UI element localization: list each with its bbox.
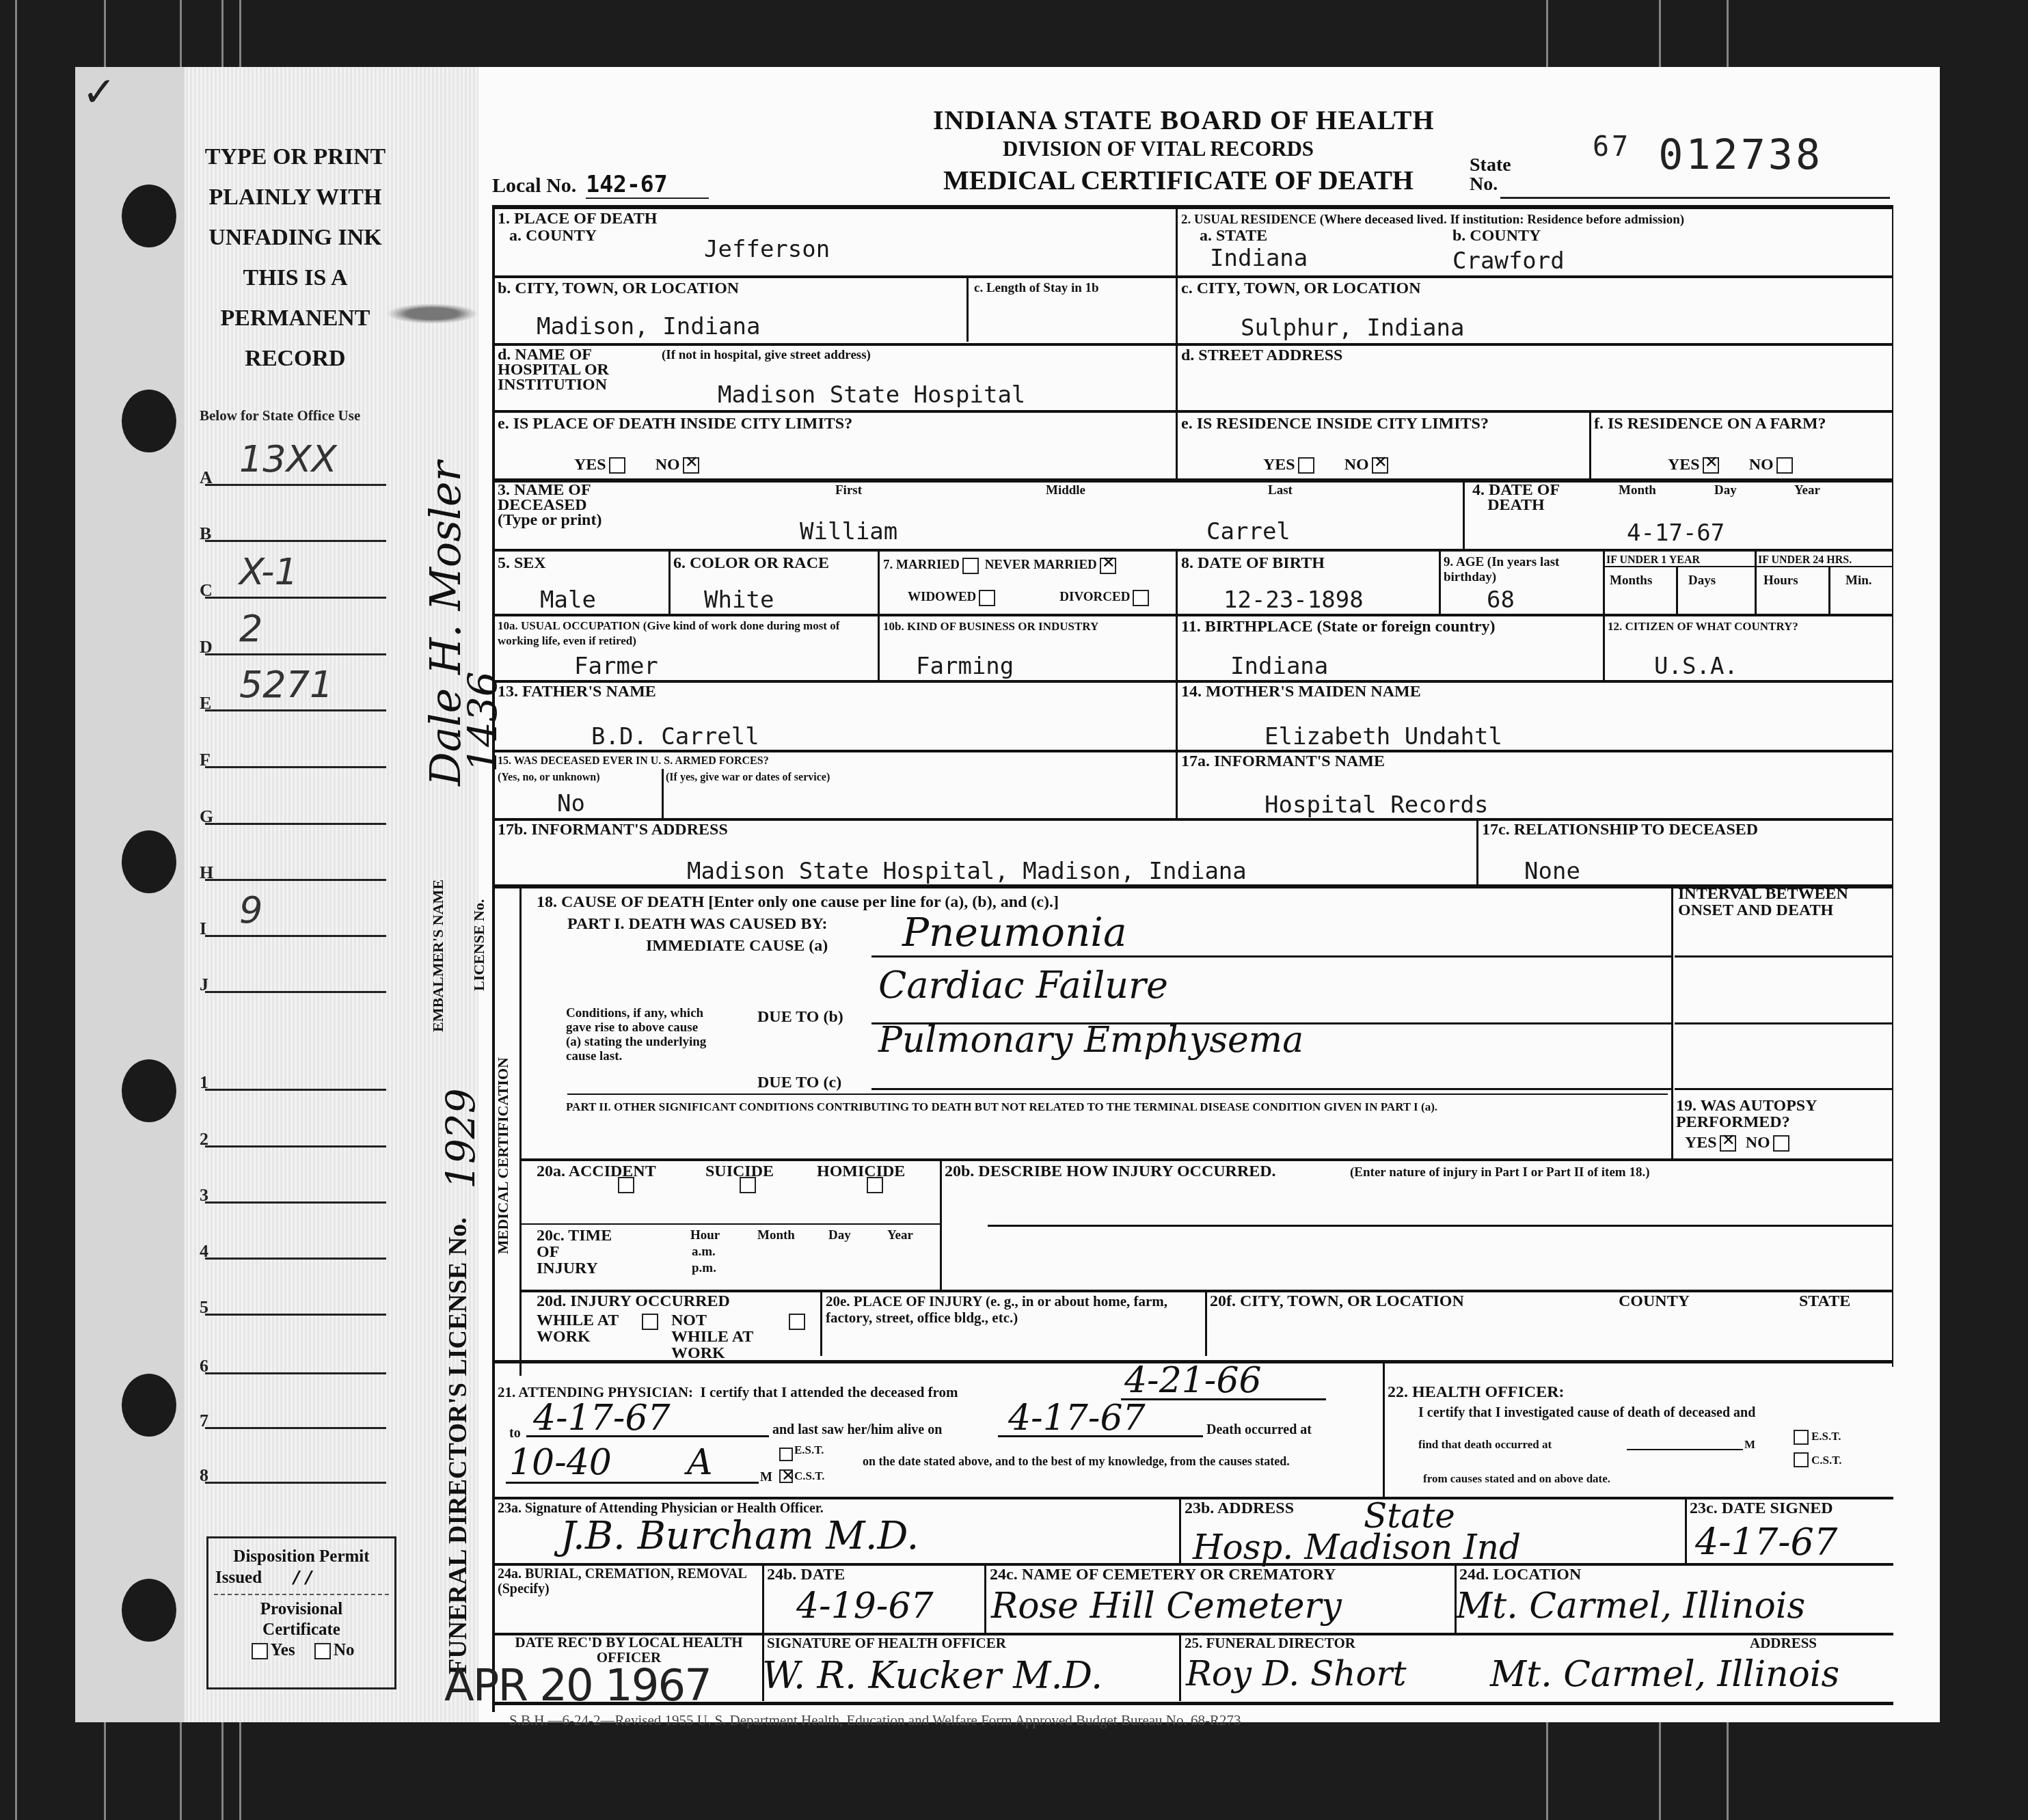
burial-date-label: 24b. DATE — [767, 1566, 845, 1583]
due-to-b-label: DUE TO (b) — [757, 1009, 843, 1025]
never-married-label: NEVER MARRIED — [985, 558, 1097, 572]
form-rule — [1676, 567, 1678, 615]
father-name-value: B.D. Carrell — [591, 723, 759, 750]
state-code-line — [205, 935, 386, 937]
no-label: NO — [1749, 456, 1774, 474]
yes-label: YES — [574, 456, 606, 474]
state-no-prefix: 67 — [1593, 131, 1631, 163]
death-inside-limits-yes-checkbox[interactable] — [609, 457, 625, 474]
date-of-death-value: 4-17-67 — [1627, 519, 1725, 547]
occupation-value: Farmer — [574, 653, 658, 680]
funeral-director-license-value: 1929 — [437, 1088, 484, 1189]
informant-address-value: Madison State Hospital, Madison, Indiana — [687, 858, 1247, 885]
board-title: INDIANA STATE BOARD OF HEALTH — [933, 104, 1435, 136]
form-rule — [1179, 1633, 1181, 1701]
provisional-no-checkbox[interactable] — [314, 1643, 331, 1659]
hospital-label: d. NAME OF HOSPITAL OR INSTITUTION — [498, 347, 662, 392]
residence-city-label: c. CITY, TOWN, OR LOCATION — [1181, 280, 1421, 297]
cemetery-label: 24c. NAME OF CEMETERY OR CREMATORY — [990, 1566, 1336, 1583]
no-label: No. — [1470, 175, 1511, 194]
due-to-b-value: Cardiac Failure — [878, 964, 1168, 1007]
last-name-label: Last — [1268, 483, 1293, 499]
license-no-label: LICENSE No. — [470, 899, 488, 991]
form-rule — [492, 614, 1893, 616]
deceased-name-label: 3. NAME OF DECEASED (Type or print) — [498, 483, 621, 528]
state-code-line — [205, 991, 386, 993]
age-label: 9. AGE (In years last birthday) — [1444, 555, 1601, 585]
state-office-use-label: Below for State Office Use — [200, 407, 360, 424]
embalmer-name-label: EMBALMER'S NAME — [429, 880, 447, 1032]
age-value: 68 — [1487, 586, 1515, 614]
state-code-line — [205, 1314, 386, 1316]
form-border — [492, 205, 495, 1712]
physician-signature-value: J.B. Burcham M.D. — [560, 1514, 919, 1558]
death-city-value: Madison, Indiana — [537, 313, 761, 340]
form-rule — [492, 549, 1893, 552]
paper-clip-icon — [386, 303, 478, 324]
immediate-cause-label: IMMEDIATE CAUSE (a) — [646, 938, 828, 954]
residence-city-value: Sulphur, Indiana — [1241, 314, 1465, 342]
state-code-value: X-1 — [239, 550, 298, 593]
part1-label: PART I. DEATH WAS CAUSED BY: — [567, 916, 828, 932]
describe-injury-note: (Enter nature of injury in Part I or Par… — [1350, 1165, 1650, 1181]
form-rule — [1828, 567, 1830, 615]
provisional-label: Provisional — [208, 1599, 394, 1620]
cst-checkbox[interactable] — [779, 1469, 793, 1483]
provisional-options: Yes No — [208, 1640, 394, 1661]
form-rule — [1179, 1498, 1181, 1563]
to-label: to — [509, 1425, 521, 1441]
pm-label: p.m. — [692, 1260, 716, 1277]
attended-from-value: 4-21-66 — [1124, 1360, 1262, 1401]
form-rule — [940, 1160, 942, 1290]
month-label: Month — [757, 1227, 795, 1244]
answer-line — [1675, 1022, 1892, 1024]
physician-address-value: State Hosp. Madison Ind — [1193, 1500, 1534, 1563]
residence-farm-options: YESNO — [1668, 457, 1796, 474]
certificate-title: MEDICAL CERTIFICATE OF DEATH — [943, 164, 1414, 196]
form-rule — [1671, 887, 1673, 1160]
death-occurred-label: Death occurred at — [1206, 1422, 1312, 1438]
part2-label: PART II. OTHER SIGNIFICANT CONDITIONS CO… — [566, 1099, 1437, 1115]
date-of-birth-value: 12-23-1898 — [1223, 586, 1364, 614]
answer-line — [1675, 955, 1892, 957]
punch-hole-icon — [122, 185, 176, 247]
time-of-death-ampm: A — [687, 1442, 713, 1483]
occupation-label: 10a. USUAL OCCUPATION (Give kind of work… — [498, 619, 874, 649]
injury-city-label: 20f. CITY, TOWN, OR LOCATION — [1210, 1293, 1464, 1309]
father-name-label: 13. FATHER'S NAME — [498, 683, 656, 700]
residence-county-label: b. COUNTY — [1452, 228, 1541, 244]
months-label: Months — [1610, 573, 1652, 589]
punch-hole-icon — [122, 1579, 176, 1642]
cemetery-value: Rose Hill Cemetery — [991, 1586, 1342, 1627]
state-code-value: 2 — [239, 607, 262, 650]
industry-value: Farming — [916, 653, 1014, 680]
state-code-line — [205, 484, 386, 486]
checkmark-icon: ✓ — [82, 68, 116, 116]
informant-address-label: 17b. INFORMANT'S ADDRESS — [498, 821, 728, 838]
informant-name-label: 17a. INFORMANT'S NAME — [1181, 753, 1385, 770]
health-officer-label: 22. HEALTH OFFICER: — [1388, 1384, 1564, 1400]
form-rule — [668, 550, 671, 615]
under-24-hrs-label: IF UNDER 24 HRS. — [1758, 552, 1852, 569]
last-saw-value: 4-17-67 — [1008, 1398, 1146, 1439]
married-checkbox[interactable] — [962, 558, 979, 574]
due-to-c-value: Pulmonary Emphysema — [878, 1020, 1303, 1061]
form-rule — [1383, 1363, 1385, 1497]
state-no-label: StateNo. — [1470, 156, 1511, 194]
date-signed-value: 4-17-67 — [1695, 1521, 1837, 1564]
m-label: M — [760, 1469, 772, 1486]
no-label: No — [334, 1641, 355, 1659]
residence-inside-limits-yes-checkbox[interactable] — [1298, 457, 1314, 474]
instruction-line: UNFADING INK — [193, 217, 398, 258]
state-code-line — [205, 1201, 386, 1204]
answer-line — [988, 1225, 1892, 1227]
answer-line — [998, 1435, 1203, 1437]
est-checkbox[interactable] — [779, 1448, 793, 1461]
answer-line — [506, 1482, 759, 1484]
place-of-death-label: 1. PLACE OF DEATH — [498, 210, 657, 227]
never-married-checkbox[interactable] — [1100, 558, 1116, 574]
disposition-permit-box: Disposition Permit Issued / / Provisiona… — [206, 1536, 396, 1689]
homicide-label: HOMICIDE — [817, 1163, 905, 1180]
first-name-value: William — [800, 518, 897, 545]
health-officer-cst-label: C.S.T. — [1811, 1452, 1842, 1469]
funeral-director-license-label: FUNERAL DIRECTOR'S LICENSE No. — [443, 1217, 473, 1674]
burial-date-value: 4-19-67 — [796, 1586, 934, 1627]
time-of-death-value: 10-40 — [509, 1442, 612, 1483]
state-code-line — [205, 1372, 386, 1374]
state-code-line — [205, 653, 386, 655]
cst-label: C.S.T. — [794, 1468, 825, 1484]
race-value: White — [704, 586, 774, 614]
residence-county-value: Crawford — [1452, 247, 1565, 275]
autopsy-options: YESNO — [1685, 1135, 1792, 1152]
death-county-value: Jefferson — [704, 236, 830, 263]
answer-line — [1627, 1449, 1743, 1450]
form-rule — [1589, 411, 1591, 478]
form-rule — [567, 1094, 1668, 1095]
state-code-line — [205, 1427, 386, 1429]
state-code-value: 5271 — [239, 663, 333, 706]
form-rule — [492, 343, 1893, 346]
burial-location-label: 24d. LOCATION — [1459, 1566, 1581, 1583]
form-rule — [1685, 1498, 1687, 1563]
race-label: 6. COLOR OR RACE — [673, 555, 829, 571]
attended-to-value: 4-17-67 — [533, 1398, 671, 1439]
yes-label: YES — [1668, 456, 1700, 474]
days-label: Days — [1688, 573, 1716, 589]
year-label: Year — [887, 1227, 913, 1244]
yes-label: Yes — [271, 1641, 295, 1659]
punch-hole-icon — [122, 830, 176, 893]
residence-inside-limits-options: YESNO — [1263, 457, 1391, 474]
form-rule — [492, 478, 1893, 483]
health-officer-signature-value: W. R. Kucker M.D. — [762, 1654, 1103, 1697]
health-officer-line1: I certify that I investigated cause of d… — [1418, 1404, 1755, 1421]
death-inside-limits-options: YESNO — [574, 457, 702, 474]
relationship-value: None — [1524, 858, 1580, 885]
last-name-value: Carrel — [1206, 518, 1290, 545]
hours-label: Hours — [1763, 573, 1798, 589]
answer-line — [871, 955, 1671, 957]
homicide-checkbox[interactable] — [867, 1177, 883, 1193]
residence-inside-limits-label: e. IS RESIDENCE INSIDE CITY LIMITS? — [1181, 416, 1489, 432]
burial-type-label: 24a. BURIAL, CREMATION, REMOVAL (Specify… — [498, 1566, 757, 1597]
answer-line — [871, 1088, 1671, 1090]
form-rule — [492, 205, 1893, 209]
state-code-line — [205, 1145, 386, 1147]
instruction-line: TYPE OR PRINT — [193, 137, 398, 177]
state-code-line — [205, 540, 386, 542]
health-officer-signature-label: SIGNATURE OF HEALTH OFFICER — [767, 1635, 1006, 1651]
instructions-block: TYPE OR PRINT PLAINLY WITH UNFADING INK … — [193, 137, 398, 379]
state-code-line — [205, 1482, 386, 1484]
birthplace-value: Indiana — [1230, 653, 1328, 680]
disposition-title: Disposition Permit — [208, 1547, 394, 1567]
answer-line — [526, 1435, 769, 1437]
armed-forces-sub1: (Yes, no, or unknown) — [498, 770, 600, 786]
accident-label: 20a. ACCIDENT — [537, 1163, 656, 1180]
industry-label: 10b. KIND OF BUSINESS OR INDUSTRY — [883, 619, 1098, 635]
due-to-c-label: DUE TO (c) — [757, 1074, 841, 1091]
burial-location-value: Mt. Carmel, Illinois — [1456, 1586, 1805, 1627]
describe-injury-label: 20b. DESCRIBE HOW INJURY OCCURRED. — [945, 1163, 1276, 1180]
funeral-director-address-label: ADDRESS — [1750, 1635, 1817, 1651]
date-of-death-label: 4. DATE OF DEATH — [1468, 483, 1564, 513]
while-at-work-checkbox[interactable] — [642, 1314, 658, 1330]
funeral-director-address-value: Mt. Carmel, Illinois — [1490, 1654, 1839, 1695]
street-address-label: d. STREET ADDRESS — [1181, 347, 1342, 364]
state-code-line — [205, 766, 386, 768]
state-label: State — [1470, 156, 1511, 175]
date-signed-label: 23c. DATE SIGNED — [1690, 1500, 1833, 1517]
form-rule — [966, 277, 969, 342]
injury-occurred-label: 20d. INJURY OCCURRED — [537, 1293, 730, 1309]
time-of-injury-label: 20c. TIME OF INJURY — [537, 1227, 619, 1277]
form-rule — [519, 1223, 940, 1225]
autopsy-yes-checkbox[interactable] — [1720, 1135, 1736, 1152]
place-of-injury-label: 20e. PLACE OF INJURY (e. g., in or about… — [826, 1293, 1202, 1326]
local-no-value: 142-67 — [586, 171, 708, 199]
form-border — [1892, 205, 1893, 1367]
marital-married-option: 7. MARRIED NEVER MARRIED — [883, 557, 1119, 574]
interval-label: INTERVAL BETWEEN ONSET AND DEATH — [1678, 886, 1890, 919]
informant-name-value: Hospital Records — [1265, 791, 1489, 819]
residence-farm-label: f. IS RESIDENCE ON A FARM? — [1594, 416, 1826, 432]
divorced-checkbox[interactable] — [1133, 590, 1149, 606]
form-rule — [820, 1291, 822, 1356]
certificate-label: Certificate — [208, 1620, 394, 1640]
citizen-label: 12. CITIZEN OF WHAT COUNTRY? — [1608, 619, 1798, 635]
relationship-label: 17c. RELATIONSHIP TO DECEASED — [1482, 821, 1758, 838]
form-rule — [492, 410, 1893, 413]
provisional-yes-checkbox[interactable] — [252, 1643, 268, 1659]
death-inside-limits-label: e. IS PLACE OF DEATH INSIDE CITY LIMITS? — [498, 416, 852, 432]
am-label: a.m. — [692, 1244, 716, 1260]
immediate-cause-value: Pneumonia — [902, 909, 1126, 955]
answer-line — [1675, 1088, 1892, 1090]
form-rule — [662, 769, 664, 818]
death-city-label: b. CITY, TOWN, OR LOCATION — [498, 280, 739, 297]
form-rule — [492, 275, 1893, 278]
day-label: Day — [828, 1227, 851, 1244]
hospital-value: Madison State Hospital — [718, 381, 1025, 409]
death-inside-limits-no-checkbox[interactable] — [683, 457, 699, 474]
divider — [1500, 197, 1890, 199]
divider — [214, 1594, 389, 1595]
cause-of-death-label: 18. CAUSE OF DEATH [Enter only one cause… — [537, 894, 1059, 910]
health-officer-est-checkbox[interactable] — [1794, 1430, 1809, 1445]
funeral-director-label: 25. FUNERAL DIRECTOR — [1185, 1635, 1355, 1651]
length-of-stay-label: c. Length of Stay in 1b — [974, 280, 1099, 297]
county-label: a. COUNTY — [509, 228, 597, 244]
accident-checkbox[interactable] — [618, 1177, 634, 1193]
state-number: 67 012738 — [1593, 131, 1823, 179]
no-label: NO — [655, 456, 680, 474]
suicide-checkbox[interactable] — [740, 1177, 756, 1193]
no-label: NO — [1344, 456, 1369, 474]
usual-residence-label: 2. USUAL RESIDENCE (Where deceased lived… — [1181, 212, 1684, 228]
hospital-note: (If not in hospital, give street address… — [662, 347, 871, 364]
widowed-checkbox[interactable] — [979, 590, 995, 606]
background-stripe — [15, 0, 17, 1820]
state-code-line — [205, 823, 386, 825]
local-no-label: Local No. — [492, 174, 576, 197]
answer-line — [1121, 1398, 1326, 1400]
state-code-line — [205, 709, 386, 711]
yes-label: YES — [1263, 456, 1295, 474]
form-rule — [984, 1564, 986, 1633]
health-officer-line3: from causes stated and on above date. — [1423, 1471, 1610, 1487]
sex-label: 5. SEX — [498, 555, 546, 571]
no-label: NO — [1746, 1134, 1770, 1152]
received-date-stamp: APR 20 1967 — [444, 1661, 711, 1711]
mother-name-label: 14. MOTHER'S MAIDEN NAME — [1181, 683, 1421, 700]
medical-certification-label: MEDICAL CERTIFICATION — [494, 1057, 512, 1254]
armed-forces-label: 15. WAS DECEASED EVER IN U. S. ARMED FOR… — [498, 753, 769, 770]
married-label: 7. MARRIED — [883, 558, 960, 572]
form-rule — [519, 1158, 1893, 1161]
est-label: E.S.T. — [794, 1442, 824, 1458]
form-rule — [1476, 819, 1478, 884]
instruction-line: PLAINLY WITH — [193, 177, 398, 217]
widowed-label: WIDOWED — [908, 590, 976, 604]
state-code-line — [205, 879, 386, 881]
residence-inside-limits-no-checkbox[interactable] — [1372, 457, 1388, 474]
armed-forces-value: No — [557, 790, 585, 817]
certify-text: I certify that I attended the deceased f… — [701, 1384, 958, 1400]
not-while-at-work-label: NOT WHILE AT WORK — [671, 1312, 763, 1361]
middle-name-label: Middle — [1046, 483, 1085, 499]
injury-county-label: COUNTY — [1619, 1293, 1690, 1309]
date-of-birth-label: 8. DATE OF BIRTH — [1181, 555, 1325, 571]
disposition-issued-row: Issued / / — [208, 1567, 394, 1588]
health-officer-cst-checkbox[interactable] — [1794, 1452, 1809, 1467]
citizen-value: U.S.A. — [1654, 653, 1738, 680]
state-code-line — [205, 1258, 386, 1260]
residence-state-value: Indiana — [1210, 245, 1308, 272]
issued-label: Issued — [215, 1568, 262, 1587]
funeral-director-value: Roy D. Short — [1186, 1654, 1407, 1694]
not-while-at-work-checkbox[interactable] — [789, 1314, 805, 1330]
form-rule — [1463, 481, 1465, 549]
punch-hole-icon — [122, 390, 176, 452]
punch-hole-icon — [122, 1059, 176, 1122]
residence-state-label: a. STATE — [1200, 228, 1267, 244]
armed-forces-sub2: (If yes, give war or dates of service) — [666, 770, 830, 786]
divorced-label: DIVORCED — [1059, 590, 1130, 604]
year-label: Year — [1794, 483, 1820, 499]
first-name-label: First — [835, 483, 862, 499]
state-code-line — [205, 597, 386, 599]
form-rule — [519, 887, 522, 1376]
residence-farm-no-checkbox[interactable] — [1776, 457, 1793, 474]
form-rule — [1205, 1291, 1207, 1356]
injury-state-label: STATE — [1799, 1293, 1850, 1309]
state-code-value: 9 — [239, 888, 262, 932]
health-officer-m-label: M — [1744, 1437, 1755, 1453]
division-title: DIVISION OF VITAL RECORDS — [1003, 137, 1314, 161]
physician-statement: on the date stated above, and to the bes… — [863, 1452, 1368, 1470]
birthplace-label: 11. BIRTHPLACE (State or foreign country… — [1181, 619, 1496, 635]
while-at-work-label: WHILE AT WORK — [537, 1312, 619, 1345]
form-footer: S.B.H.—6-24-2—Revised 1955 U. S. Departm… — [509, 1712, 1241, 1729]
month-label: Month — [1619, 483, 1656, 499]
hour-label: Hour — [690, 1227, 720, 1244]
health-officer-est-label: E.S.T. — [1811, 1428, 1841, 1445]
local-number: Local No.142-67 — [492, 171, 709, 198]
form-rule — [1439, 550, 1441, 615]
state-code-value: 13XX — [239, 437, 337, 480]
marital-widowed-option: WIDOWEDDIVORCED — [908, 589, 1152, 606]
yes-label: YES — [1685, 1134, 1717, 1152]
under-1-year-label: IF UNDER 1 YEAR — [1606, 552, 1700, 569]
state-no-value: 012738 — [1658, 131, 1823, 179]
instruction-line: PERMANENT — [193, 298, 398, 338]
day-label: Day — [1714, 483, 1737, 499]
autopsy-label: 19. WAS AUTOPSY PERFORMED? — [1676, 1098, 1881, 1130]
mother-name-value: Elizabeth Undahtl — [1265, 723, 1502, 750]
conditions-note: Conditions, if any, which gave rise to a… — [566, 1006, 709, 1063]
issued-value: / / — [293, 1567, 312, 1587]
punch-hole-icon — [122, 1374, 176, 1437]
autopsy-no-checkbox[interactable] — [1773, 1135, 1789, 1152]
form-rule — [1755, 550, 1757, 615]
last-saw-label: and last saw her/him alive on — [772, 1422, 942, 1438]
health-officer-line2: find that death occurred at — [1418, 1437, 1552, 1453]
residence-farm-yes-checkbox[interactable] — [1703, 457, 1719, 474]
left-margin-shadow — [75, 67, 185, 1722]
instruction-line: RECORD — [193, 338, 398, 379]
state-code-line — [205, 1089, 386, 1091]
sex-value: Male — [540, 586, 596, 614]
instruction-line: THIS IS A — [193, 258, 398, 298]
min-label: Min. — [1846, 573, 1872, 589]
